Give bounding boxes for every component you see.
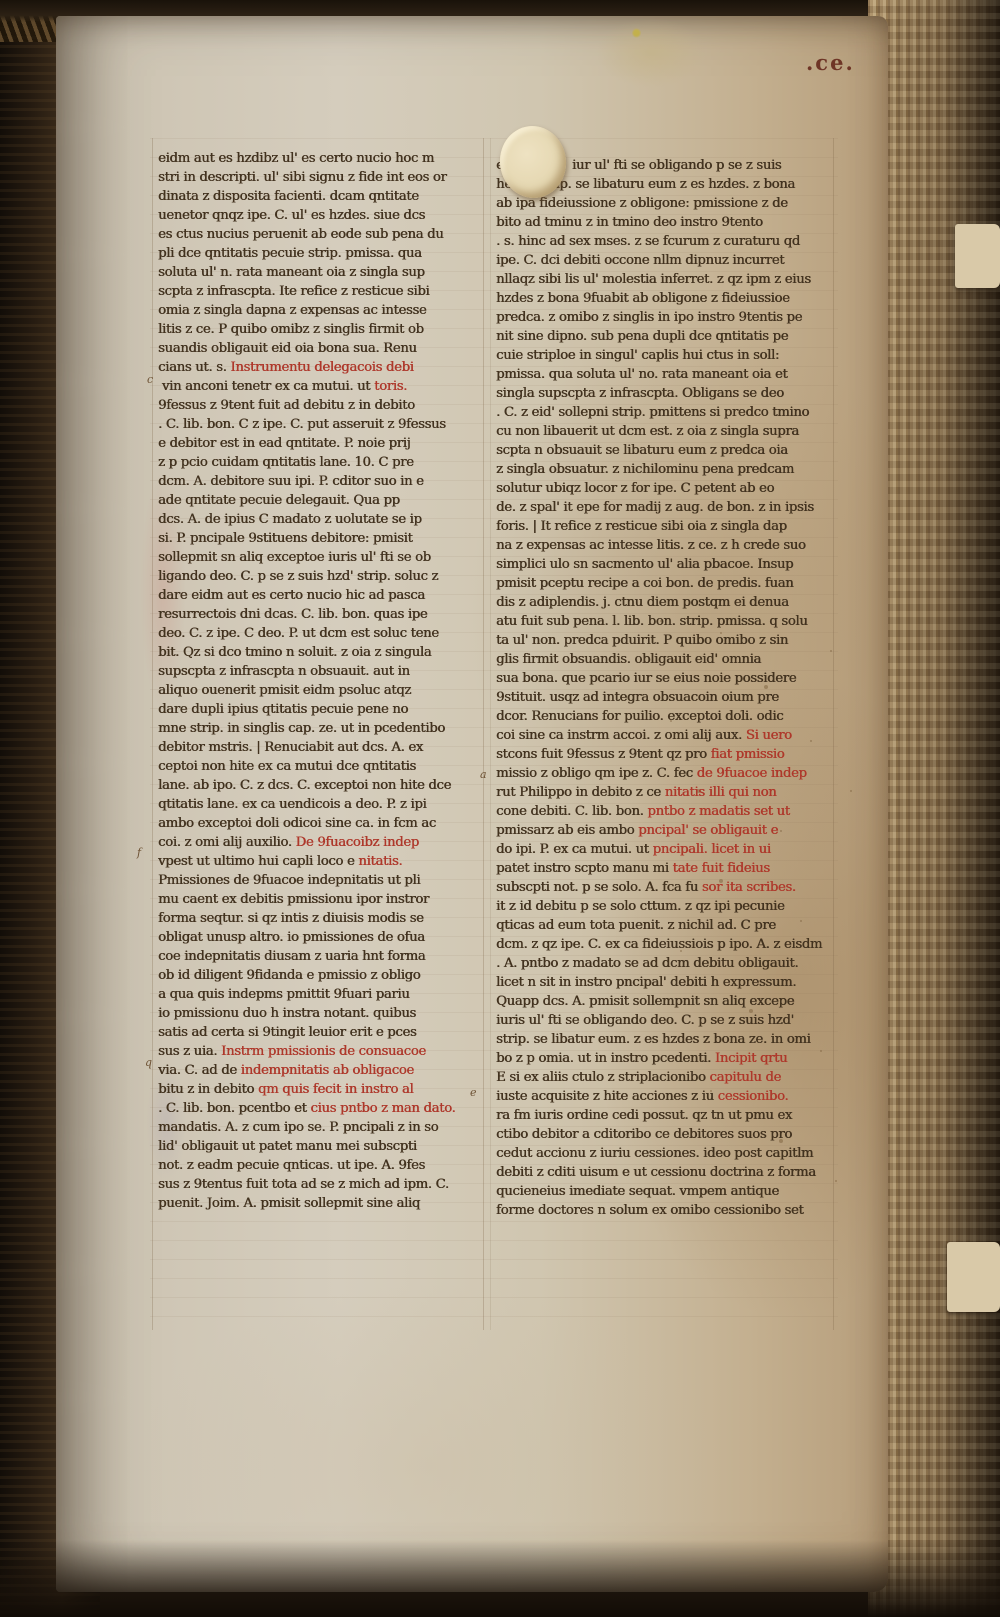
ink-text: strip. se libatur eum. z es hzdes z bona…	[496, 1032, 810, 1047]
ink-text: forme doctores n solum ex omibo cessioni…	[496, 1203, 803, 1218]
rubric-text: Instrm pmissionis de consuacoe	[221, 1044, 426, 1059]
text-line: . C. lib. bon. pcentbo et cius pntbo z m…	[158, 1099, 484, 1118]
text-line: rut Philippo in debito z ce nitatis illi…	[496, 783, 832, 802]
ink-text: si. P. pncipale 9stituens debitore: pmis…	[158, 531, 412, 546]
ink-text: ipe. C. dci debiti occone nllm dipnuz in…	[496, 253, 784, 268]
text-line: ceptoi non hite ex ca mutui dce qntitati…	[158, 757, 484, 776]
ink-text: glis firmit obsuandis. obligauit eid' om…	[496, 652, 761, 667]
text-line: vpest ut ultimo hui capli loco e nitatis…	[158, 852, 484, 871]
ink-text: pli dce qntitatis pecuie strip. pmissa. …	[158, 246, 422, 261]
ink-text: . C. lib. bon. pcentbo et	[158, 1101, 310, 1116]
ink-text: nit sine dipno. sub pena dupli dce qntit…	[496, 329, 788, 344]
text-line: soluta ul' n. rata maneant oia z singla …	[158, 263, 484, 282]
text-line: stcons fuit 9fessus z 9tent qz pro fiat …	[496, 745, 832, 764]
text-line: lane. ab ipo. C. z dcs. C. exceptoi non …	[158, 776, 484, 795]
ink-text: via. C. ad de	[158, 1063, 241, 1078]
text-line: Quapp dcs. A. pmisit sollempnit sn aliq …	[496, 992, 832, 1011]
ink-text: dcm. z qz ipe. C. ex ca fideiussiois p i…	[496, 937, 822, 952]
text-line: debiti z cditi uisum e ut cessionu doctr…	[496, 1163, 832, 1182]
ink-text: dare eidm aut es certo nucio hic ad pasc…	[158, 588, 425, 603]
ink-text: bo z p omia. ut in instro pcedenti.	[496, 1051, 715, 1066]
ink-text: es ctus nucius peruenit ab eode sub pena…	[158, 227, 443, 242]
ink-text: cu non libauerit ut dcm est. z oia z sin…	[496, 424, 799, 439]
text-line: Pmissiones de 9fuacoe indepnitatis ut pl…	[158, 871, 484, 890]
text-line: ipe. C. dci debiti occone nllm dipnuz in…	[496, 251, 832, 270]
ink-text: scpta z infrascpta. Ite refice z resticu…	[158, 284, 429, 299]
ink-text: iuris ul' fti se obligando deo. C. p se …	[496, 1013, 794, 1028]
ink-text: deo. C. z ipe. C deo. P. ut dcm est solu…	[158, 626, 439, 641]
text-line: strip. se libatur eum. z es hzdes z bona…	[496, 1030, 832, 1049]
ink-text: qtitatis lane. ex ca uendicois a deo. P.…	[158, 797, 426, 812]
text-line: satis ad certa si 9tingit leuior erit e …	[158, 1023, 484, 1042]
text-line: cu non libauerit ut dcm est. z oia z sin…	[496, 422, 832, 441]
ink-text: lid' obligauit ut patet manu mei subscpt…	[158, 1139, 417, 1154]
text-line: scpta z infrascpta. Ite refice z resticu…	[158, 282, 484, 301]
ink-text: mu caent ex debitis pmissionu ipor instr…	[158, 892, 429, 907]
rubric-text: De 9fuacoibz indep	[296, 835, 419, 850]
text-line: debitor mstris. | Renuciabit aut dcs. A.…	[158, 738, 484, 757]
parchment-stain	[596, 18, 706, 88]
text-line: qticas ad eum tota puenit. z nichil ad. …	[496, 916, 832, 935]
text-line: bito ad tminu z in tmino deo instro 9ten…	[496, 213, 832, 232]
ink-text: ra fm iuris ordine cedi possut. qz tn ut…	[496, 1108, 792, 1123]
ink-text: mne strip. in singlis cap. ze. ut in pce…	[158, 721, 445, 736]
ink-text: pmissarz ab eis ambo	[496, 823, 638, 838]
text-line: ta ul' non. predca pduirit. P quibo omib…	[496, 631, 832, 650]
marginal-letter: a	[480, 768, 487, 781]
ink-text: cuie striploe in singul' caplis hui ctus…	[496, 348, 779, 363]
rubric-text: Incipit qrtu	[715, 1051, 787, 1066]
ink-text: . A. pntbo z madato se ad dcm debitu obl…	[496, 956, 798, 971]
ink-text: singla supscpta z infrascpta. Obligans s…	[496, 386, 784, 401]
ink-text: not. z eadm pecuie qnticas. ut ipe. A. 9…	[158, 1158, 425, 1173]
text-line: bit. Qz si dco tmino n soluit. z oia z s…	[158, 643, 484, 662]
text-line: z singla obsuatur. z nichilominu pena pr…	[496, 460, 832, 479]
ink-text: cedut accionu z iuriu cessiones. ideo po…	[496, 1146, 813, 1161]
text-line: it z id debitu p se solo cttum. z qz ipi…	[496, 897, 832, 916]
ink-text: cone debiti. C. lib. bon.	[496, 804, 647, 819]
text-line: eidm aut es hzdibz ul' es certo nucio ho…	[158, 149, 484, 168]
text-line: . C. z eid' sollepni strip. pmittens si …	[496, 403, 832, 422]
ink-text: atu fuit sub pena. l. lib. bon. strip. p…	[496, 614, 807, 629]
ink-text: sus z uia.	[158, 1044, 221, 1059]
text-line: . s. hinc ad sex mses. z se fcurum z cur…	[496, 232, 832, 251]
text-line: coe indepnitatis diusam z uaria hnt form…	[158, 947, 484, 966]
text-line: not. z eadm pecuie qnticas. ut ipe. A. 9…	[158, 1156, 484, 1175]
text-line: ligando deo. C. p se z suis hzd' strip. …	[158, 567, 484, 586]
ink-text: bito ad tminu z in tmino deo instro 9ten…	[496, 215, 763, 230]
ink-text: solutur ubiqz locor z for ipe. C petent …	[496, 481, 774, 496]
ink-text: stri in descripti. ul' sibi signu z fide…	[158, 170, 446, 185]
text-line: do ipi. P. ex ca mutui. ut pncipali. lic…	[496, 840, 832, 859]
text-line: . A. pntbo z madato se ad dcm debitu obl…	[496, 954, 832, 973]
ink-text: bitu z in debito	[158, 1082, 258, 1097]
ink-text: z singla obsuatur. z nichilominu pena pr…	[496, 462, 794, 477]
text-line: lid' obligauit ut patet manu mei subscpt…	[158, 1137, 484, 1156]
ink-text: lane. ab ipo. C. z dcs. C. exceptoi non …	[158, 778, 451, 793]
text-line: 9stituit. usqz ad integra obsuacoin oium…	[496, 688, 832, 707]
ink-text: resurrectois dni dcas. C. lib. bon. quas…	[158, 607, 427, 622]
text-line: omia z singla dapna z expensas ac intess…	[158, 301, 484, 320]
ink-text: bit. Qz si dco tmino n soluit. z oia z s…	[158, 645, 431, 660]
text-line: z p pcio cuidam qntitatis lane. 10. C pr…	[158, 453, 484, 472]
text-line: cedut accionu z iuriu cessiones. ideo po…	[496, 1144, 832, 1163]
ink-text: dcs. A. de ipius C madato z uolutate se …	[158, 512, 422, 527]
rubric-text: cessionibo.	[718, 1089, 789, 1104]
ink-text: coe indepnitatis diusam z uaria hnt form…	[158, 949, 425, 964]
rubric-text: indempnitatis ab obligacoe	[241, 1063, 414, 1078]
ink-text: dcm. A. debitore suu ipi. P. cditor suo …	[158, 474, 424, 489]
marginal-letter: f	[137, 846, 141, 859]
rubric-text: sor ita scribes.	[702, 880, 796, 895]
text-line: iuris ul' fti se obligando deo. C. p se …	[496, 1011, 832, 1030]
ink-text: na z expensas ac intesse litis. z ce. z …	[496, 538, 806, 553]
ink-text: qticas ad eum tota puenit. z nichil ad. …	[496, 918, 776, 933]
ink-text: ab ipa fideiussione z obligone: pmission…	[496, 196, 788, 211]
ink-text: stcons fuit 9fessus z 9tent qz pro	[496, 747, 711, 762]
text-line: io pmissionu duo h instra notant. quibus	[158, 1004, 484, 1023]
ink-text: . C. lib. bon. C z ipe. C. put asseruit …	[158, 417, 446, 432]
text-column-right: excepe iur ul' fti se obligando p se z s…	[496, 156, 832, 1220]
text-line: puenit. Joim. A. pmisit sollepmit sine a…	[158, 1194, 484, 1213]
text-line: nllaqz sibi lis ul' molestia inferret. z…	[496, 270, 832, 289]
ruling-vertical-line	[152, 138, 153, 1330]
fore-edge-tab-upper	[955, 224, 1000, 288]
ink-text: uenetor qnqz ipe. C. ul' es hzdes. siue …	[158, 208, 425, 223]
ink-text: pmissa. qua soluta ul' no. rata maneant …	[496, 367, 787, 382]
text-line: forma seqtur. si qz intis z diuisis modi…	[158, 909, 484, 928]
marginal-letter: q	[145, 1056, 152, 1069]
ink-text: coi sine ca instrm accoi. z omi alij aux…	[496, 728, 746, 743]
ink-text: aliquo ouenerit pmisit eidm psoluc atqz	[158, 683, 411, 698]
ink-text: . C. z eid' sollepni strip. pmittens si …	[496, 405, 809, 420]
text-line: ctibo debitor a cditoribo ce debitores s…	[496, 1125, 832, 1144]
text-line: iuste acquisite z hite acciones z iu ces…	[496, 1087, 832, 1106]
rubric-text: pncipali. licet in ui	[653, 842, 771, 857]
text-line: pmissa. qua soluta ul' no. rata maneant …	[496, 365, 832, 384]
ink-text: patet instro scpto manu mi	[496, 861, 673, 876]
text-line: patet instro scpto manu mi tate fuit fid…	[496, 859, 832, 878]
ink-text: omia z singla dapna z expensas ac intess…	[158, 303, 426, 318]
marginal-letter: c	[147, 373, 153, 386]
text-line: ambo exceptoi doli odicoi sine ca. in fc…	[158, 814, 484, 833]
yellow-speck	[632, 28, 641, 38]
manuscript-photo: { "page": { "folio_number": ".ce.", "ink…	[0, 0, 1000, 1617]
text-line: pmissarz ab eis ambo pncipal' se obligau…	[496, 821, 832, 840]
ink-text: supscpta z infrascpta n obsuauit. aut in	[158, 664, 410, 679]
text-line: na z expensas ac intesse litis. z ce. z …	[496, 536, 832, 555]
ink-text: Pmissiones de 9fuacoe indepnitatis ut pl…	[158, 873, 420, 888]
text-line: cuie striploe in singul' caplis hui ctus…	[496, 346, 832, 365]
ink-text: ambo exceptoi doli odicoi sine ca. in fc…	[158, 816, 436, 831]
ink-text: sollepmit sn aliq exceptoe iuris ul' fti…	[158, 550, 431, 565]
text-line: ab ipa fideiussione z obligone: pmission…	[496, 194, 832, 213]
text-line: bo z p omia. ut in instro pcedenti. Inci…	[496, 1049, 832, 1068]
text-line: ade qntitate pecuie delegauit. Qua pp	[158, 491, 484, 510]
ink-text: licet n sit in instro pncipal' debiti h …	[496, 975, 796, 990]
ink-text: rut Philippo in debito z ce	[496, 785, 665, 800]
ink-text: pmisit pceptu recipe a coi bon. de predi…	[496, 576, 793, 591]
text-line: vin anconi tenetr ex ca mutui. ut toris.	[158, 377, 484, 396]
text-line: forme doctores n solum ex omibo cessioni…	[496, 1201, 832, 1220]
ink-text: eidm aut es hzdibz ul' es certo nucio ho…	[158, 151, 434, 166]
text-line: licet n sit in instro pncipal' debiti h …	[496, 973, 832, 992]
text-line: litis z ce. P quibo omibz z singlis firm…	[158, 320, 484, 339]
ink-text: debiti z cditi uisum e ut cessionu doctr…	[496, 1165, 816, 1180]
ink-text: sus z 9tentus fuit tota ad se z mich ad …	[158, 1177, 449, 1192]
ink-text: Quapp dcs. A. pmisit sollempnit sn aliq …	[496, 994, 794, 1009]
ink-text: forma seqtur. si qz intis z diuisis modi…	[158, 911, 424, 926]
text-line: scpta n obsuauit se libaturu eum z predc…	[496, 441, 832, 460]
text-line: dare eidm aut es certo nucio hic ad pasc…	[158, 586, 484, 605]
ruling-vertical-line	[833, 138, 834, 1330]
ink-text: sua bona. que pcario iur se eius noie po…	[496, 671, 796, 686]
ink-text: litis z ce. P quibo omibz z singlis firm…	[158, 322, 424, 337]
text-line: dcs. A. de ipius C madato z uolutate se …	[158, 510, 484, 529]
ink-text: predca. z omibo z singlis in ipo instro …	[496, 310, 802, 325]
text-line: suandis obligauit eid oia bona sua. Renu	[158, 339, 484, 358]
rubric-text: toris.	[374, 379, 407, 394]
ink-text: soluta ul' n. rata maneant oia z singla …	[158, 265, 425, 280]
ink-text: debitor mstris. | Renuciabit aut dcs. A.…	[158, 740, 423, 755]
text-line: mandatis. A. z cum ipo se. P. pncipali z…	[158, 1118, 484, 1137]
ink-text: 9fessus z 9tent fuit ad debitu z in debi…	[158, 398, 415, 413]
ink-text: foris. | It refice z resticue sibi oia z…	[496, 519, 787, 534]
marginal-letter: e	[470, 1086, 477, 1099]
rubric-text: nitatis.	[358, 854, 402, 869]
ink-text: ctibo debitor a cditoribo ce debitores s…	[496, 1127, 792, 1142]
rubric-text: Instrumentu delegacois debi	[230, 360, 413, 375]
text-line: a qua quis indepms pmittit 9fuari pariu	[158, 985, 484, 1004]
text-line: supscpta z infrascpta n obsuauit. aut in	[158, 662, 484, 681]
text-line: qtitatis lane. ex ca uendicois a deo. P.…	[158, 795, 484, 814]
text-line: atu fuit sub pena. l. lib. bon. strip. p…	[496, 612, 832, 631]
text-line: coi sine ca instrm accoi. z omi alij aux…	[496, 726, 832, 745]
text-line: . C. lib. bon. C z ipe. C. put asseruit …	[158, 415, 484, 434]
text-line: stri in descripti. ul' sibi signu z fide…	[158, 168, 484, 187]
ink-text: io pmissionu duo h instra notant. quibus	[158, 1006, 416, 1021]
ink-text: mandatis. A. z cum ipo se. P. pncipali z…	[158, 1120, 438, 1135]
text-line: glis firmit obsuandis. obligauit eid' om…	[496, 650, 832, 669]
ink-text: E si ex aliis ctulo z striplacionibo	[496, 1070, 709, 1085]
text-column-left: eidm aut es hzdibz ul' es certo nucio ho…	[158, 149, 484, 1213]
text-line: dcor. Renucians for puilio. exceptoi dol…	[496, 707, 832, 726]
rubric-text: nitatis illi qui non	[665, 785, 777, 800]
ink-text: vpest ut ultimo hui capli loco e	[158, 854, 358, 869]
ink-text: 9stituit. usqz ad integra obsuacoin oium…	[496, 690, 779, 705]
ink-text: ta ul' non. predca pduirit. P quibo omib…	[496, 633, 788, 648]
text-line: qucieneius imediate sequat. vmpem antiqu…	[496, 1182, 832, 1201]
fore-edge-tab-lower	[947, 1242, 1000, 1312]
folio-number: .ce.	[806, 50, 855, 75]
text-line: missio z obligo qm ipe z. C. fec de 9fua…	[496, 764, 832, 783]
rubric-text: cius pntbo z man dato.	[310, 1101, 455, 1116]
text-line: resurrectois dni dcas. C. lib. bon. quas…	[158, 605, 484, 624]
ink-text: obligat unusp altro. io pmissiones de of…	[158, 930, 425, 945]
rubric-text: pntbo z madatis set ut	[647, 804, 789, 819]
text-line: ob id diligent 9fidanda e pmissio z obli…	[158, 966, 484, 985]
text-line: sua bona. que pcario iur se eius noie po…	[496, 669, 832, 688]
ink-text: puenit. Joim. A. pmisit sollepmit sine a…	[158, 1196, 420, 1211]
ink-text: ob id diligent 9fidanda e pmissio z obli…	[158, 968, 420, 983]
ruling-vertical-line	[490, 138, 491, 1330]
ink-text: e debitor est in ead qntitate. P. noie p…	[158, 436, 410, 451]
ink-text: hzdes z bona 9fuabit ab obligone z fidei…	[496, 291, 790, 306]
text-line: subscpti not. p se solo. A. fca fu sor i…	[496, 878, 832, 897]
text-line: mu caent ex debitis pmissionu ipor instr…	[158, 890, 484, 909]
text-line: pmisit pceptu recipe a coi bon. de predi…	[496, 574, 832, 593]
ink-text: ade qntitate pecuie delegauit. Qua pp	[158, 493, 400, 508]
ink-text: qucieneius imediate sequat. vmpem antiqu…	[496, 1184, 779, 1199]
text-line: sus z uia. Instrm pmissionis de consuaco…	[158, 1042, 484, 1061]
book-bottom-shadow	[0, 1540, 1000, 1617]
rubric-text: de 9fuacoe indep	[697, 766, 807, 781]
text-line: cone debiti. C. lib. bon. pntbo z madati…	[496, 802, 832, 821]
ink-text: dcor. Renucians for puilio. exceptoi dol…	[496, 709, 783, 724]
text-line: dis z adiplendis. j. ctnu diem postqm ei…	[496, 593, 832, 612]
text-line: sollepmit sn aliq exceptoe iuris ul' fti…	[158, 548, 484, 567]
ink-text: ligando deo. C. p se z suis hzd' strip. …	[158, 569, 438, 584]
ink-text: suandis obligauit eid oia bona sua. Renu	[158, 341, 417, 356]
text-line: predca. z omibo z singlis in ipo instro …	[496, 308, 832, 327]
ink-text: ceptoi non hite ex ca mutui dce qntitati…	[158, 759, 416, 774]
text-line: bitu z in debito qm quis fecit in instro…	[158, 1080, 484, 1099]
text-line: uenetor qnqz ipe. C. ul' es hzdes. siue …	[158, 206, 484, 225]
text-line: obligat unusp altro. io pmissiones de of…	[158, 928, 484, 947]
rubric-text: pncipal' se obligauit e	[638, 823, 778, 838]
text-line: aliquo ouenerit pmisit eidm psoluc atqz	[158, 681, 484, 700]
ink-text: z p pcio cuidam qntitatis lane. 10. C pr…	[158, 455, 414, 470]
rubric-text: Si uero	[746, 728, 792, 743]
ink-text: vin anconi tenetr ex ca mutui. ut	[158, 379, 374, 394]
rubric-text: capitulu de	[709, 1070, 781, 1085]
text-line: si. P. pncipale 9stituens debitore: pmis…	[158, 529, 484, 548]
text-line: dinata z disposita facienti. dcam qntita…	[158, 187, 484, 206]
text-line: coi. z omi alij auxilio. De 9fuacoibz in…	[158, 833, 484, 852]
ink-text: dis z adiplendis. j. ctnu diem postqm ei…	[496, 595, 789, 610]
text-line: dare dupli ipius qtitatis pecuie pene no	[158, 700, 484, 719]
text-line: ra fm iuris ordine cedi possut. qz tn ut…	[496, 1106, 832, 1125]
text-line: sus z 9tentus fuit tota ad se z mich ad …	[158, 1175, 484, 1194]
text-line: de. z spal' it epe for madij z aug. de b…	[496, 498, 832, 517]
ink-text: a qua quis indepms pmittit 9fuari pariu	[158, 987, 409, 1002]
text-line: pli dce qntitatis pecuie strip. pmissa. …	[158, 244, 484, 263]
text-line: e debitor est in ead qntitate. P. noie p…	[158, 434, 484, 453]
text-line: nit sine dipno. sub pena dupli dce qntit…	[496, 327, 832, 346]
rubric-text: qm quis fecit in instro al	[258, 1082, 413, 1097]
rubric-text: tate fuit fideius	[673, 861, 770, 876]
text-line: hzdes z bona 9fuabit ab obligone z fidei…	[496, 289, 832, 308]
text-line: es ctus nucius peruenit ab eode sub pena…	[158, 225, 484, 244]
ink-text: nllaqz sibi lis ul' molestia inferret. z…	[496, 272, 811, 287]
ink-text: coi. z omi alij auxilio.	[158, 835, 296, 850]
text-line: 9fessus z 9tent fuit ad debitu z in debi…	[158, 396, 484, 415]
text-line: solutur ubiqz locor z for ipe. C petent …	[496, 479, 832, 498]
ink-text: dare dupli ipius qtitatis pecuie pene no	[158, 702, 408, 717]
ink-text: iuste acquisite z hite acciones z iu	[496, 1089, 718, 1104]
ink-text: do ipi. P. ex ca mutui. ut	[496, 842, 653, 857]
ink-text: dinata z disposita facienti. dcam qntita…	[158, 189, 419, 204]
text-line: cians ut. s. Instrumentu delegacois debi	[158, 358, 484, 377]
rubric-text: fiat pmissio	[711, 747, 785, 762]
ink-text: cians ut. s.	[158, 360, 230, 375]
text-line: dcm. z qz ipe. C. ex ca fideiussiois p i…	[496, 935, 832, 954]
text-line: foris. | It refice z resticue sibi oia z…	[496, 517, 832, 536]
ink-text: subscpti not. p se solo. A. fca fu	[496, 880, 702, 895]
text-line: simplici ulo sn sacmento ul' alia pbacoe…	[496, 555, 832, 574]
ink-text: missio z obligo qm ipe z. C. fec	[496, 766, 697, 781]
text-line: mne strip. in singlis cap. ze. ut in pce…	[158, 719, 484, 738]
text-line: singla supscpta z infrascpta. Obligans s…	[496, 384, 832, 403]
text-line: deo. C. z ipe. C deo. P. ut dcm est solu…	[158, 624, 484, 643]
text-line: E si ex aliis ctulo z striplacionibo cap…	[496, 1068, 832, 1087]
text-line: via. C. ad de indempnitatis ab obligacoe	[158, 1061, 484, 1080]
ink-text: . s. hinc ad sex mses. z se fcurum z cur…	[496, 234, 800, 249]
ink-text: simplici ulo sn sacmento ul' alia pbacoe…	[496, 557, 793, 572]
ink-text: scpta n obsuauit se libaturu eum z predc…	[496, 443, 788, 458]
ink-text: satis ad certa si 9tingit leuior erit e …	[158, 1025, 416, 1040]
ink-text: it z id debitu p se solo cttum. z qz ipi…	[496, 899, 784, 914]
text-line: dcm. A. debitore suu ipi. P. cditor suo …	[158, 472, 484, 491]
ink-text: de. z spal' it epe for madij z aug. de b…	[496, 500, 814, 515]
